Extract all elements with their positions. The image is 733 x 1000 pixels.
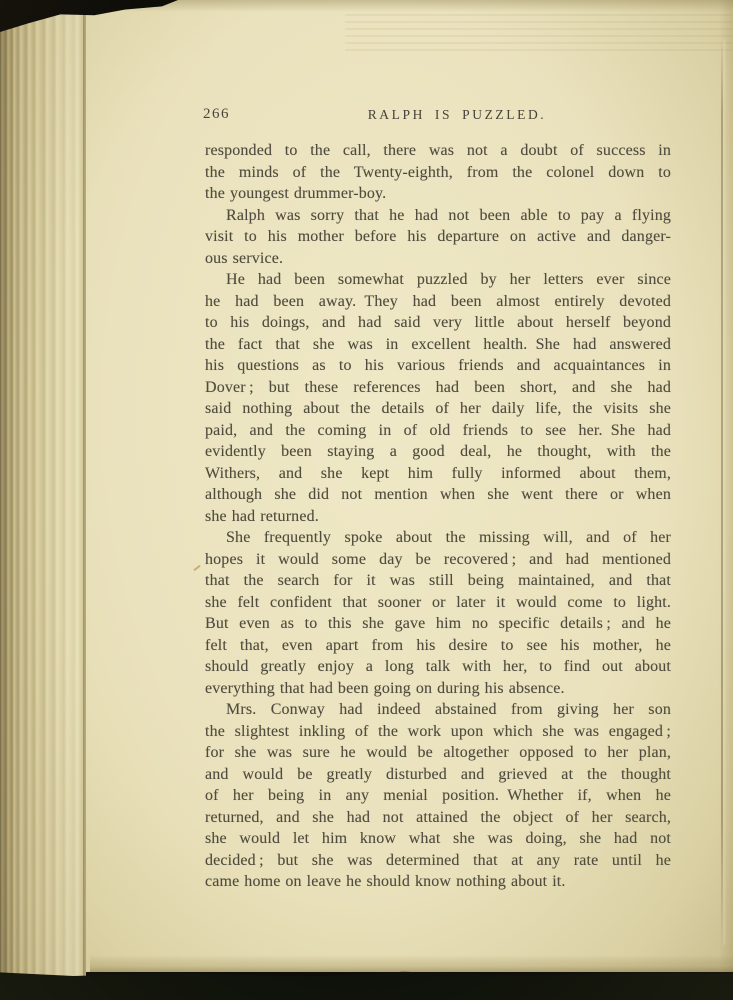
text-line: everything that had been going on during…	[205, 678, 671, 700]
book-page-edges-left	[0, 0, 86, 982]
text-line: she felt confident that sooner or later …	[205, 592, 671, 614]
text-line: She frequently spoke about the missing w…	[205, 527, 671, 549]
page-right-crease	[721, 40, 723, 945]
text-line: felt that, even apart from his desire to…	[205, 635, 671, 657]
text-line: the slightest inkling of the work upon w…	[205, 721, 671, 743]
text-line: came home on leave he should know nothin…	[205, 871, 671, 893]
printed-page-content: 266 RALPH IS PUZZLED. responded to the c…	[205, 104, 671, 893]
page-number: 266	[203, 106, 230, 123]
book-cover-bottom	[0, 970, 733, 1000]
page-top-edge-shadow	[86, 0, 733, 12]
text-line: that the search for it was still being m…	[205, 570, 671, 592]
text-line: his questions as to his various friends …	[205, 355, 671, 377]
text-line: paid, and the coming in of old friends t…	[205, 420, 671, 442]
text-line: evidently been staying a good deal, he t…	[205, 441, 671, 463]
text-line: and would be greatly disturbed and griev…	[205, 764, 671, 786]
text-line: she had returned.	[205, 506, 671, 528]
text-line: But even as to this she gave him no spec…	[205, 613, 671, 635]
page-top-streaks	[345, 14, 733, 54]
text-line: decided ; but she was determined that at…	[205, 850, 671, 872]
text-line: the youngest drummer-boy.	[205, 183, 671, 205]
text-line: of her being in any menial position. Whe…	[205, 785, 671, 807]
text-line: he had been away. They had been almost e…	[205, 291, 671, 313]
text-line: said nothing about the details of her da…	[205, 398, 671, 420]
text-line: she would let him know what she was doin…	[205, 828, 671, 850]
page-header: 266 RALPH IS PUZZLED.	[205, 104, 671, 126]
text-line: He had been somewhat puzzled by her lett…	[205, 269, 671, 291]
text-line: returned, and she had not attained the o…	[205, 807, 671, 829]
text-line: for she was sure he would be altogether …	[205, 742, 671, 764]
text-line: should greatly enjoy a long talk with he…	[205, 656, 671, 678]
page-bottom-edges	[90, 955, 733, 972]
text-line: to his doings, and had said very little …	[205, 312, 671, 334]
text-line: the minds of the Twenty-eighth, from the…	[205, 162, 671, 184]
text-line: ous service.	[205, 248, 671, 270]
text-line: the fact that she was in excellent healt…	[205, 334, 671, 356]
text-line: Mrs. Conway had indeed abstained from gi…	[205, 699, 671, 721]
body-text: responded to the call, there was not a d…	[205, 140, 671, 893]
text-line: responded to the call, there was not a d…	[205, 140, 671, 162]
text-line: Withers, and she kept him fully informed…	[205, 463, 671, 485]
running-head: RALPH IS PUZZLED.	[205, 104, 671, 123]
text-line: Dover ; but these references had been sh…	[205, 377, 671, 399]
text-line: although she did not mention when she we…	[205, 484, 671, 506]
text-line: Ralph was sorry that he had not been abl…	[205, 205, 671, 227]
text-line: visit to his mother before his departure…	[205, 226, 671, 248]
text-line: hopes it would some day be recovered ; a…	[205, 549, 671, 571]
